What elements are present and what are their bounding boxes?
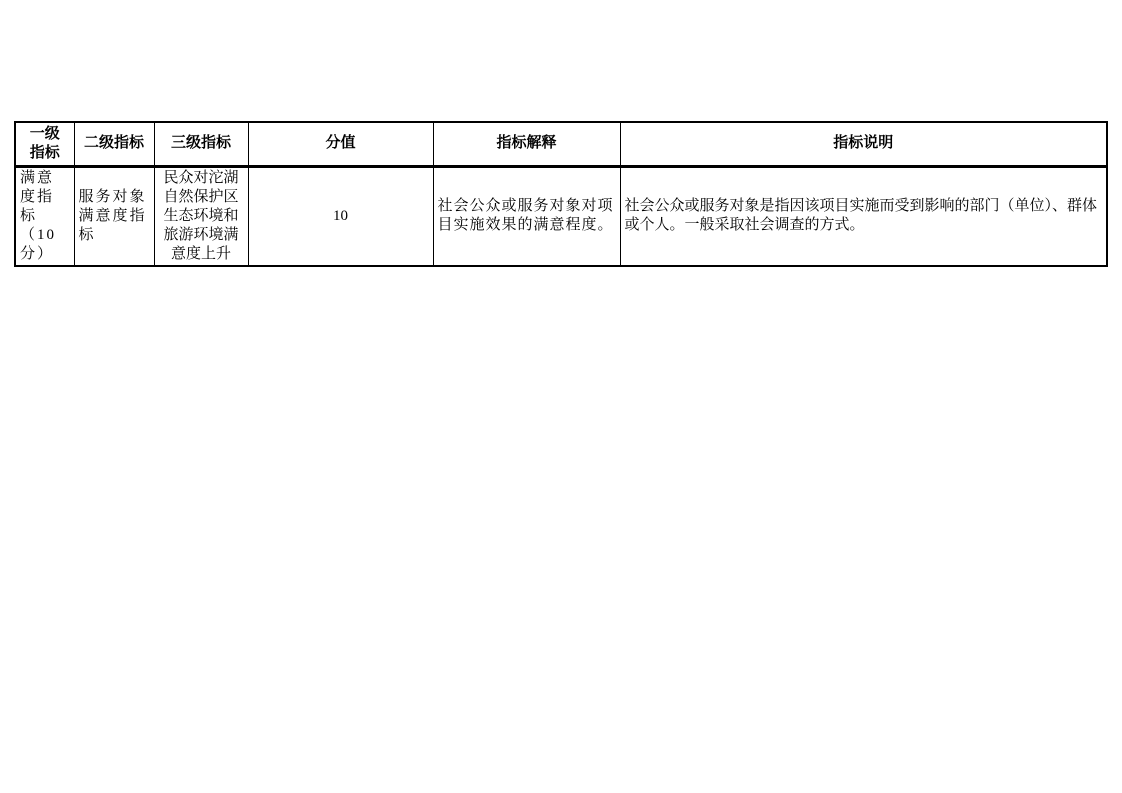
cell-level2-indicator: 服务对象 满意度指 标 <box>74 166 154 266</box>
cell-indicator-explanation: 社会公众或服务对象对项 目实施效果的满意程度。 <box>433 166 620 266</box>
header-cell-level2-indicator: 二级指标 <box>74 122 154 166</box>
document-page: 一级 指标 二级指标 三级指标 分值 指标解释 指标说明 满意 度指 标（10 … <box>0 0 1122 793</box>
cell-indicator-description: 社会公众或服务对象是指因该项目实施而受到影响的部门（单位）、群体 或个人。一般采… <box>620 166 1107 266</box>
cell-level1-indicator: 满意 度指 标（10 分） <box>15 166 74 266</box>
header-cell-score: 分值 <box>248 122 433 166</box>
cell-score: 10 <box>248 166 433 266</box>
indicator-score-table: 一级 指标 二级指标 三级指标 分值 指标解释 指标说明 满意 度指 标（10 … <box>14 121 1108 267</box>
header-cell-indicator-description: 指标说明 <box>620 122 1107 166</box>
cell-level3-indicator: 民众对沱湖 自然保护区 生态环境和 旅游环境满 意度上升 <box>154 166 248 266</box>
header-cell-level3-indicator: 三级指标 <box>154 122 248 166</box>
table-row: 满意 度指 标（10 分） 服务对象 满意度指 标 民众对沱湖 自然保护区 生态… <box>15 166 1107 266</box>
table-header-row: 一级 指标 二级指标 三级指标 分值 指标解释 指标说明 <box>15 122 1107 166</box>
header-cell-level1-indicator: 一级 指标 <box>15 122 74 166</box>
header-cell-indicator-explanation: 指标解释 <box>433 122 620 166</box>
